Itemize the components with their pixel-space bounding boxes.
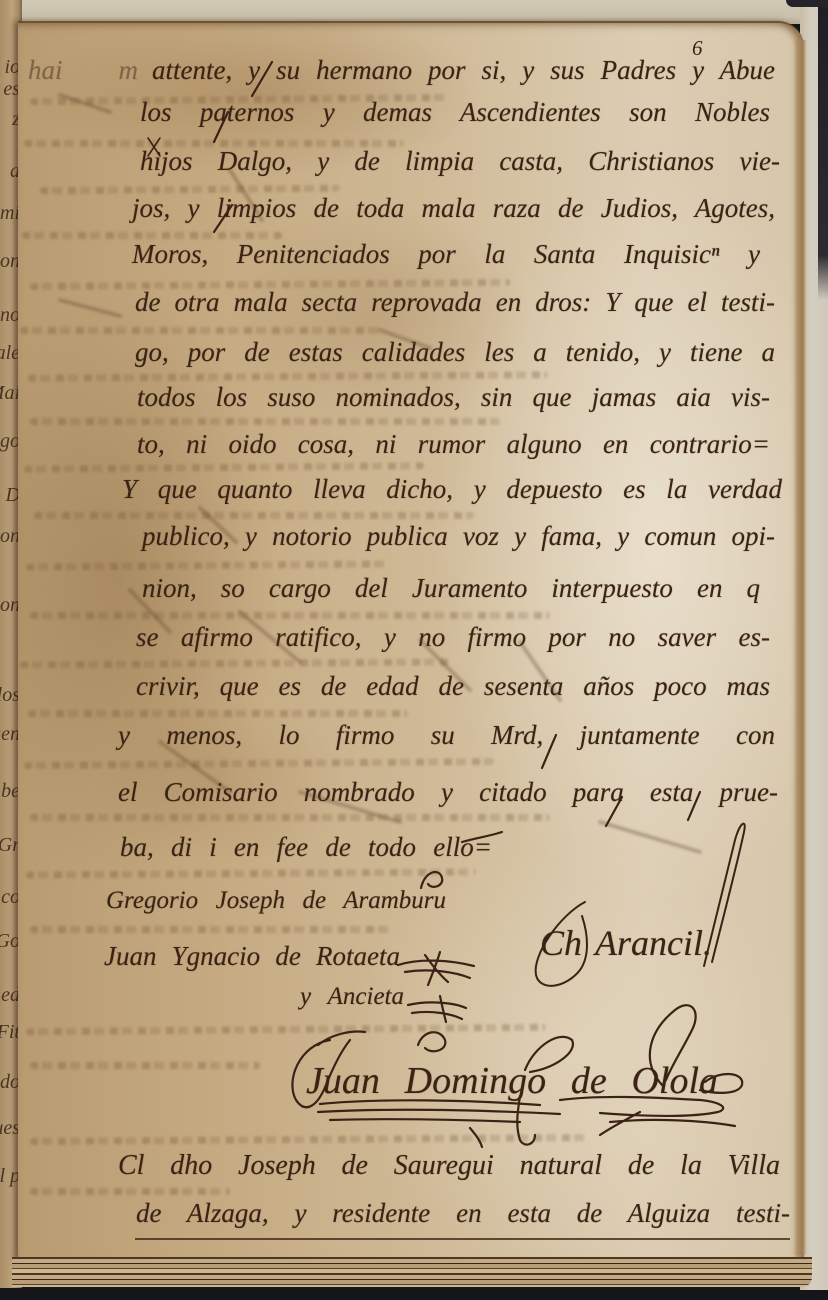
- closing-line: Cl dho Joseph de Sauregui natural de la …: [118, 1152, 780, 1180]
- faded-line-prefix: hai m: [28, 57, 138, 84]
- body-line: de otra mala secta reprovada en dros: Y …: [135, 289, 775, 316]
- text-underline: [135, 1238, 790, 1240]
- body-line: y menos, lo firmo su Mrd, juntamente con: [118, 722, 775, 749]
- signature-rotaeta-continuation: y Ancieta: [300, 984, 404, 1009]
- body-line: attente, y su hermano por si, y sus Padr…: [152, 57, 775, 84]
- margin-fragment: ale: [0, 342, 19, 365]
- body-line: se afirmo ratifico, y no firmo por no sa…: [136, 624, 770, 651]
- margin-fragment: on: [0, 525, 19, 548]
- signature-rotaeta: Juan Ygnacio de Rotaeta: [104, 943, 400, 970]
- margin-fragment: ado: [0, 1071, 19, 1094]
- margin-fragment: Fit: [0, 1021, 19, 1044]
- body-line: los paternos y demas Ascendientes son No…: [140, 99, 770, 126]
- margin-fragment: non: [0, 594, 19, 617]
- margin-fragment: Mai: [0, 382, 19, 405]
- body-line: to, ni oido cosa, ni rumor alguno en con…: [137, 431, 770, 458]
- body-line: publico, y notorio publica voz y fama, y…: [142, 523, 775, 550]
- closing-line: de Alzaga, y residente en esta de Alguiz…: [136, 1200, 790, 1227]
- body-line: nion, so cargo del Juramento interpuesto…: [142, 575, 760, 602]
- body-line: jos, y limpios de toda mala raza de Judi…: [132, 195, 775, 222]
- margin-fragment: ono: [0, 304, 19, 327]
- margin-fragment: be: [1, 780, 19, 803]
- margin-fragment: D: [6, 484, 19, 507]
- body-line: hijos Dalgo, y de limpia casta, Christia…: [140, 148, 780, 175]
- body-line: el Comisario nombrado y citado para esta…: [118, 779, 778, 806]
- margin-fragment: uen: [0, 723, 19, 746]
- body-line: todos los suso nominados, sin que jamas …: [137, 384, 770, 411]
- margin-fragment: on: [0, 250, 19, 273]
- margin-fragment: ed: [1, 984, 19, 1007]
- body-line: go, por de estas calidades les a tenido,…: [135, 339, 775, 366]
- body-line: Moros, Penitenciados por la Santa Inquis…: [132, 241, 760, 268]
- signature-arancil: Ch Arancil.: [540, 925, 712, 961]
- margin-fragment: el p: [0, 1165, 19, 1188]
- page-stack-edges: [12, 1257, 812, 1287]
- margin-fragment: co: [1, 886, 19, 909]
- margin-fragment: es: [3, 78, 19, 101]
- margin-fragment: Ago: [0, 430, 19, 453]
- margin-fragment: los: [0, 684, 19, 707]
- signature-olola: Juan Domingo de Olola: [306, 1062, 718, 1100]
- margin-fragment: ues: [0, 1117, 19, 1140]
- margin-fragment: ami: [0, 202, 19, 225]
- previous-page-fragments: io es z a ami on ono ale Mai Ago D on no…: [0, 0, 19, 1288]
- worn-page-edge: [794, 40, 806, 1255]
- background-shadow: [818, 0, 828, 300]
- signature-aramburu: Gregorio Joseph de Aramburu: [106, 888, 446, 913]
- body-line: crivir, que es de edad de sesenta años p…: [136, 673, 770, 700]
- margin-fragment: io: [4, 56, 19, 79]
- background-corner: [786, 0, 828, 7]
- margin-fragment: Go: [0, 930, 19, 953]
- body-line: ba, di i en fee de todo ello=: [120, 834, 492, 861]
- body-line: Y que quanto lleva dicho, y depuesto es …: [122, 476, 782, 503]
- margin-fragment: Gr: [0, 834, 19, 857]
